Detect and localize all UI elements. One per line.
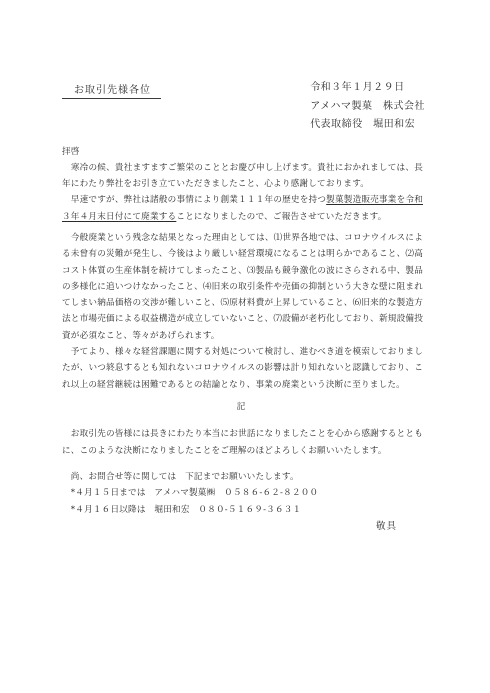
letter-header: お取引先様各位 令和３年１月２９日 アメハマ製菓 株式会社 代表取締役 堀田和宏	[0, 0, 490, 135]
paragraph-announcement: 早速ですが、弊社は諸般の事情により創業１１１年の歴史を持つ製菓製造販売事業を令和…	[62, 192, 423, 225]
salutation: 拝啓	[62, 144, 423, 160]
company-name: アメハマ製菓 株式会社	[310, 98, 425, 117]
contact-phone-after-april16: *４月１６日以降は 堀田和宏 ０８０-５１６９-３６３１	[62, 502, 423, 519]
contact-intro: 尚、お問合せ等に関しては 下記までお願いいたします。	[62, 469, 423, 486]
announcement-tail-text: ことになりましたので、ご報告させていただきます。	[176, 212, 386, 222]
signer-name: 代表取締役 堀田和宏	[310, 116, 425, 135]
paragraph-greeting: 寒冷の候、貴社ますますご繁栄のこととお慶び申し上げます。貴社におかれましては、長…	[62, 160, 423, 193]
contact-phone-until-april15: *４月１５日までは アメハマ製菓㈱ ０５８６-６２-８２００	[62, 485, 423, 502]
letter-body: 拝啓 寒冷の候、貴社ますますご繁栄のこととお慶び申し上げます。貴社におかれまして…	[0, 135, 490, 535]
record-marker: 記	[62, 399, 423, 415]
letter-page: お取引先様各位 令和３年１月２９日 アメハマ製菓 株式会社 代表取締役 堀田和宏…	[0, 0, 490, 693]
letter-date: 令和３年１月２９日	[310, 79, 425, 98]
paragraph-conclusion: 予てより、様々な経営課題に関する対処について検討し、進むべき道を模索しておりまし…	[62, 344, 423, 393]
contact-block: 尚、お問合せ等に関しては 下記までお願いいたします。 *４月１５日までは アメハ…	[62, 469, 423, 519]
sender-block: 令和３年１月２９日 アメハマ製菓 株式会社 代表取締役 堀田和宏	[310, 79, 425, 135]
closing-word: 敬具	[62, 519, 423, 535]
announcement-lead-text: 早速ですが、弊社は諸般の事情により創業１１１年の歴史を持つ	[62, 195, 326, 205]
paragraph-thanks: お取引先の皆様には長きにわたり本当にお世話になりましたことを心から感謝するととも…	[62, 426, 423, 459]
recipient-line: お取引先様各位	[62, 81, 161, 99]
paragraph-reasons: 今般廃業という残念な結果となった理由としては、⑴世界各地では、コロナウイルスによ…	[62, 230, 423, 344]
